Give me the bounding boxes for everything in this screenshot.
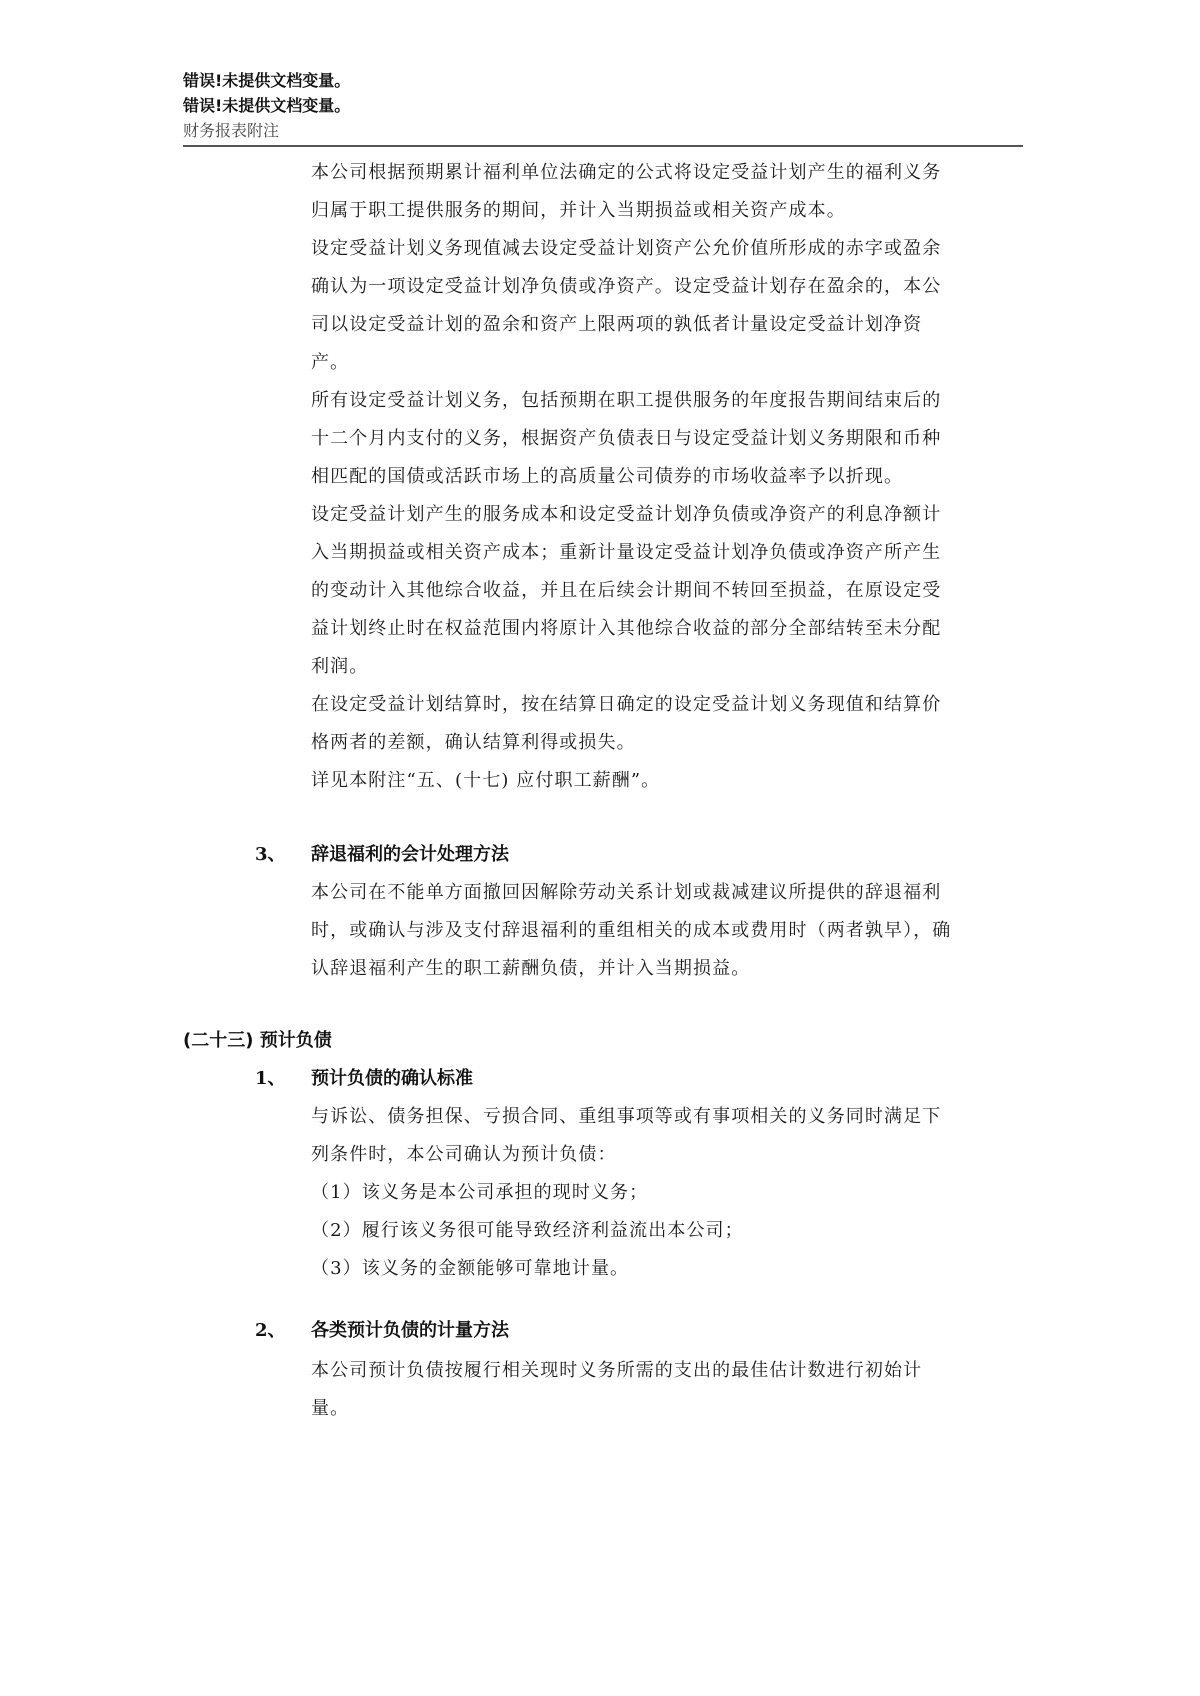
paragraph-line: 与诉讼、债务担保、亏损合同、重组事项等或有事项相关的义务同时满足下: [311, 1098, 941, 1136]
paragraph-line: 所有设定受益计划义务，包括预期在职工提供服务的年度报告期间结束后的: [311, 382, 941, 420]
paragraph-line: 的变动计入其他综合收益，并且在后续会计期间不转回至损益，在原设定受: [311, 572, 941, 610]
paragraph-line: 认辞退福利产生的职工薪酬负债，并计入当期损益。: [311, 950, 750, 988]
paragraph-line: 产。: [311, 344, 349, 382]
subsection-title: 各类预计负债的计量方法: [311, 1320, 509, 1341]
paragraph-line: 设定受益计划义务现值减去设定受益计划资产公允价值所形成的赤字或盈余: [311, 230, 941, 268]
header-divider: [183, 145, 1023, 147]
paragraph-line: 入当期损益或相关资产成本；重新计量设定受益计划净负债或净资产所产生: [311, 534, 941, 572]
condition-item-2: （2）履行该义务很可能导致经济利益流出本公司；: [311, 1212, 744, 1250]
paragraph-line: 本公司预计负债按履行相关现时义务所需的支出的最佳估计数进行初始计: [311, 1352, 922, 1390]
subsection-number: 2、: [255, 1316, 311, 1346]
paragraph-line: 确认为一项设定受益计划净负债或净资产。设定受益计划存在盈余的，本公: [311, 268, 941, 306]
paragraph-line: 本公司在不能单方面撤回因解除劳动关系计划或裁减建议所提供的辞退福利: [311, 874, 941, 912]
paragraph-line: 设定受益计划产生的服务成本和设定受益计划净负债或净资产的利息净额计: [311, 496, 941, 534]
paragraph-line: 本公司根据预期累计福利单位法确定的公式将设定受益计划产生的福利义务: [311, 154, 941, 192]
paragraph-line: 利润。: [311, 648, 368, 686]
subsection-number: 1、: [255, 1064, 311, 1094]
paragraph-line: 格两者的差额，确认结算利得或损失。: [311, 724, 636, 762]
header-doc-variable-error-1: 错误!未提供文档变量。: [183, 68, 1023, 93]
page-header: 错误!未提供文档变量。 错误!未提供文档变量。 财务报表附注: [183, 68, 1023, 143]
subsection-number: 3、: [255, 840, 311, 870]
condition-item-1: （1）该义务是本公司承担的现时义务；: [311, 1174, 648, 1212]
subsection-heading-recognition: 1、预计负债的确认标准: [255, 1064, 473, 1094]
subsection-heading-measurement: 2、各类预计负债的计量方法: [255, 1316, 509, 1346]
paragraph-line: 相匹配的国债或活跃市场上的高质量公司债券的市场收益率予以折现。: [311, 458, 903, 496]
cross-reference-note: 详见本附注“五、(十七) 应付职工薪酬”。: [311, 762, 660, 800]
header-section-name: 财务报表附注: [183, 118, 1023, 143]
paragraph-line: 司以设定受益计划的盈余和资产上限两项的孰低者计量设定受益计划净资: [311, 306, 922, 344]
paragraph-line: 归属于职工提供服务的期间，并计入当期损益或相关资产成本。: [311, 192, 846, 230]
paragraph-line: 在设定受益计划结算时，按在结算日确定的设定受益计划义务现值和结算价: [311, 686, 941, 724]
subsection-title: 预计负债的确认标准: [311, 1068, 473, 1089]
header-doc-variable-error-2: 错误!未提供文档变量。: [183, 93, 1023, 118]
condition-item-3: （3）该义务的金额能够可靠地计量。: [311, 1250, 629, 1288]
subsection-title: 辞退福利的会计处理方法: [311, 844, 509, 865]
paragraph-line: 时，或确认与涉及支付辞退福利的重组相关的成本或费用时（两者孰早），确: [311, 912, 951, 950]
paragraph-line: 十二个月内支付的义务，根据资产负债表日与设定受益计划义务期限和币种: [311, 420, 941, 458]
paragraph-line: 量。: [311, 1390, 349, 1428]
paragraph-line: 列条件时，本公司确认为预计负债：: [311, 1136, 617, 1174]
subsection-heading-termination: 3、辞退福利的会计处理方法: [255, 840, 509, 870]
paragraph-line: 益计划终止时在权益范围内将原计入其他综合收益的部分全部结转至未分配: [311, 610, 941, 648]
section-heading-provisions: (二十三) 预计负债: [183, 1026, 332, 1056]
